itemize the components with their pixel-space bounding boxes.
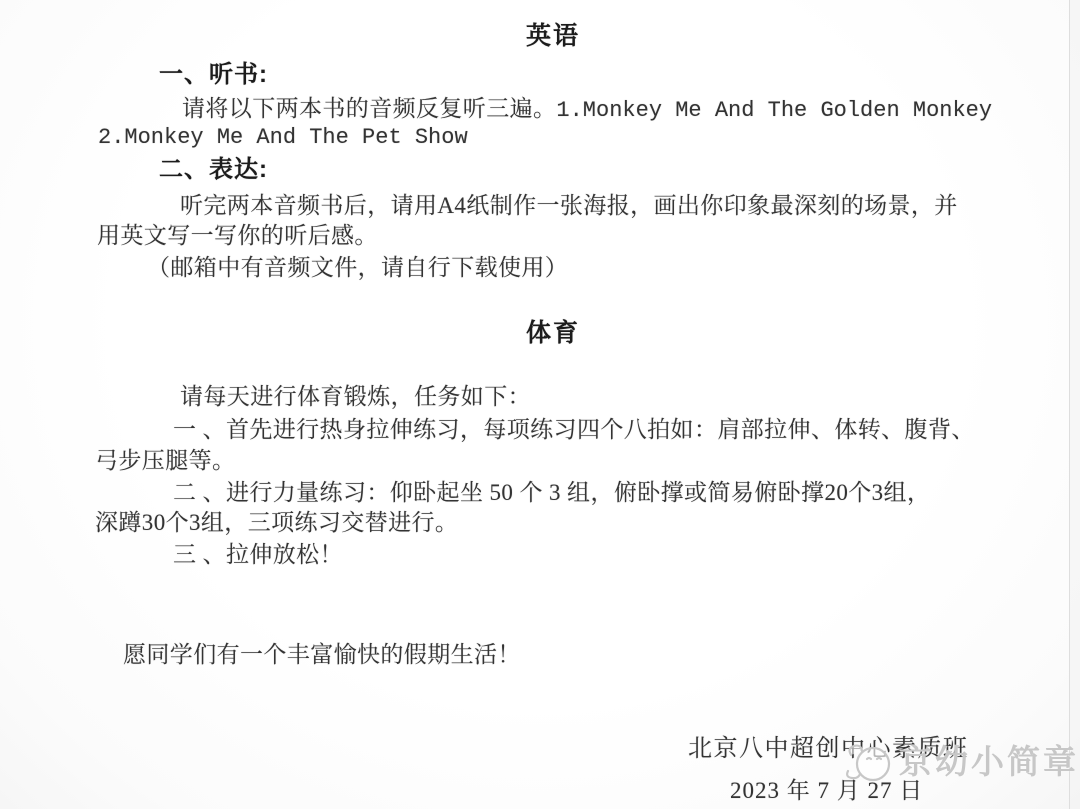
pe-task1-line-1: 一 、首先进行热身拉伸练习，每项练习四个八拍如：肩部拉伸、体转、腹背、	[95, 417, 1080, 443]
signature-line: 北京八中超创中心素质班	[688, 736, 969, 762]
closing-wish-line: 愿同学们有一个丰富愉快的假期生活！	[95, 642, 1039, 668]
pe-task1-line-2: 弓步压腿等。	[95, 448, 1011, 474]
listening-intro-text: 请将以下两本书的音频反复听三遍。	[182, 96, 556, 121]
section-title-pe: 体育	[95, 320, 1011, 346]
expression-line-2: 用英文写一写你的听后感。	[95, 223, 1013, 249]
pe-task2-line-1: 二 、进行力量练习：仰卧起坐 50 个 3 组，俯卧撑或简易俯卧撑20个3组，	[95, 480, 1080, 506]
book1-title: 1.Monkey Me And The Golden Monkey	[556, 98, 992, 123]
pe-task2-line-2: 深蹲30个3组，三项练习交替进行。	[95, 510, 1011, 536]
scanned-homework-notice: 英语 一、听书: 请将以下两本书的音频反复听三遍。1.Monkey Me And…	[0, 0, 1080, 809]
pe-intro-line: 请每天进行体育锻炼，任务如下：	[95, 384, 1080, 410]
listening-instruction-line: 请将以下两本书的音频反复听三遍。1.Monkey Me And The Gold…	[95, 96, 1080, 124]
expression-line-1: 听完两本音频书后，请用A4纸制作一张海报，画出你印象最深刻的场景，并	[95, 193, 1080, 219]
listening-heading: 一、听书:	[95, 62, 1075, 88]
date-line: 2023 年 7 月 27 日	[730, 778, 923, 804]
scan-edge-strip	[1070, 0, 1080, 809]
audio-files-note: （邮箱中有音频文件，请自行下载使用）	[95, 255, 1063, 281]
pe-task3-line: 三 、拉伸放松！	[95, 542, 1080, 568]
book2-title: 2.Monkey Me And The Pet Show	[95, 125, 1014, 151]
section-title-english: 英语	[95, 23, 1011, 49]
expression-heading: 二、表达:	[95, 157, 1075, 183]
